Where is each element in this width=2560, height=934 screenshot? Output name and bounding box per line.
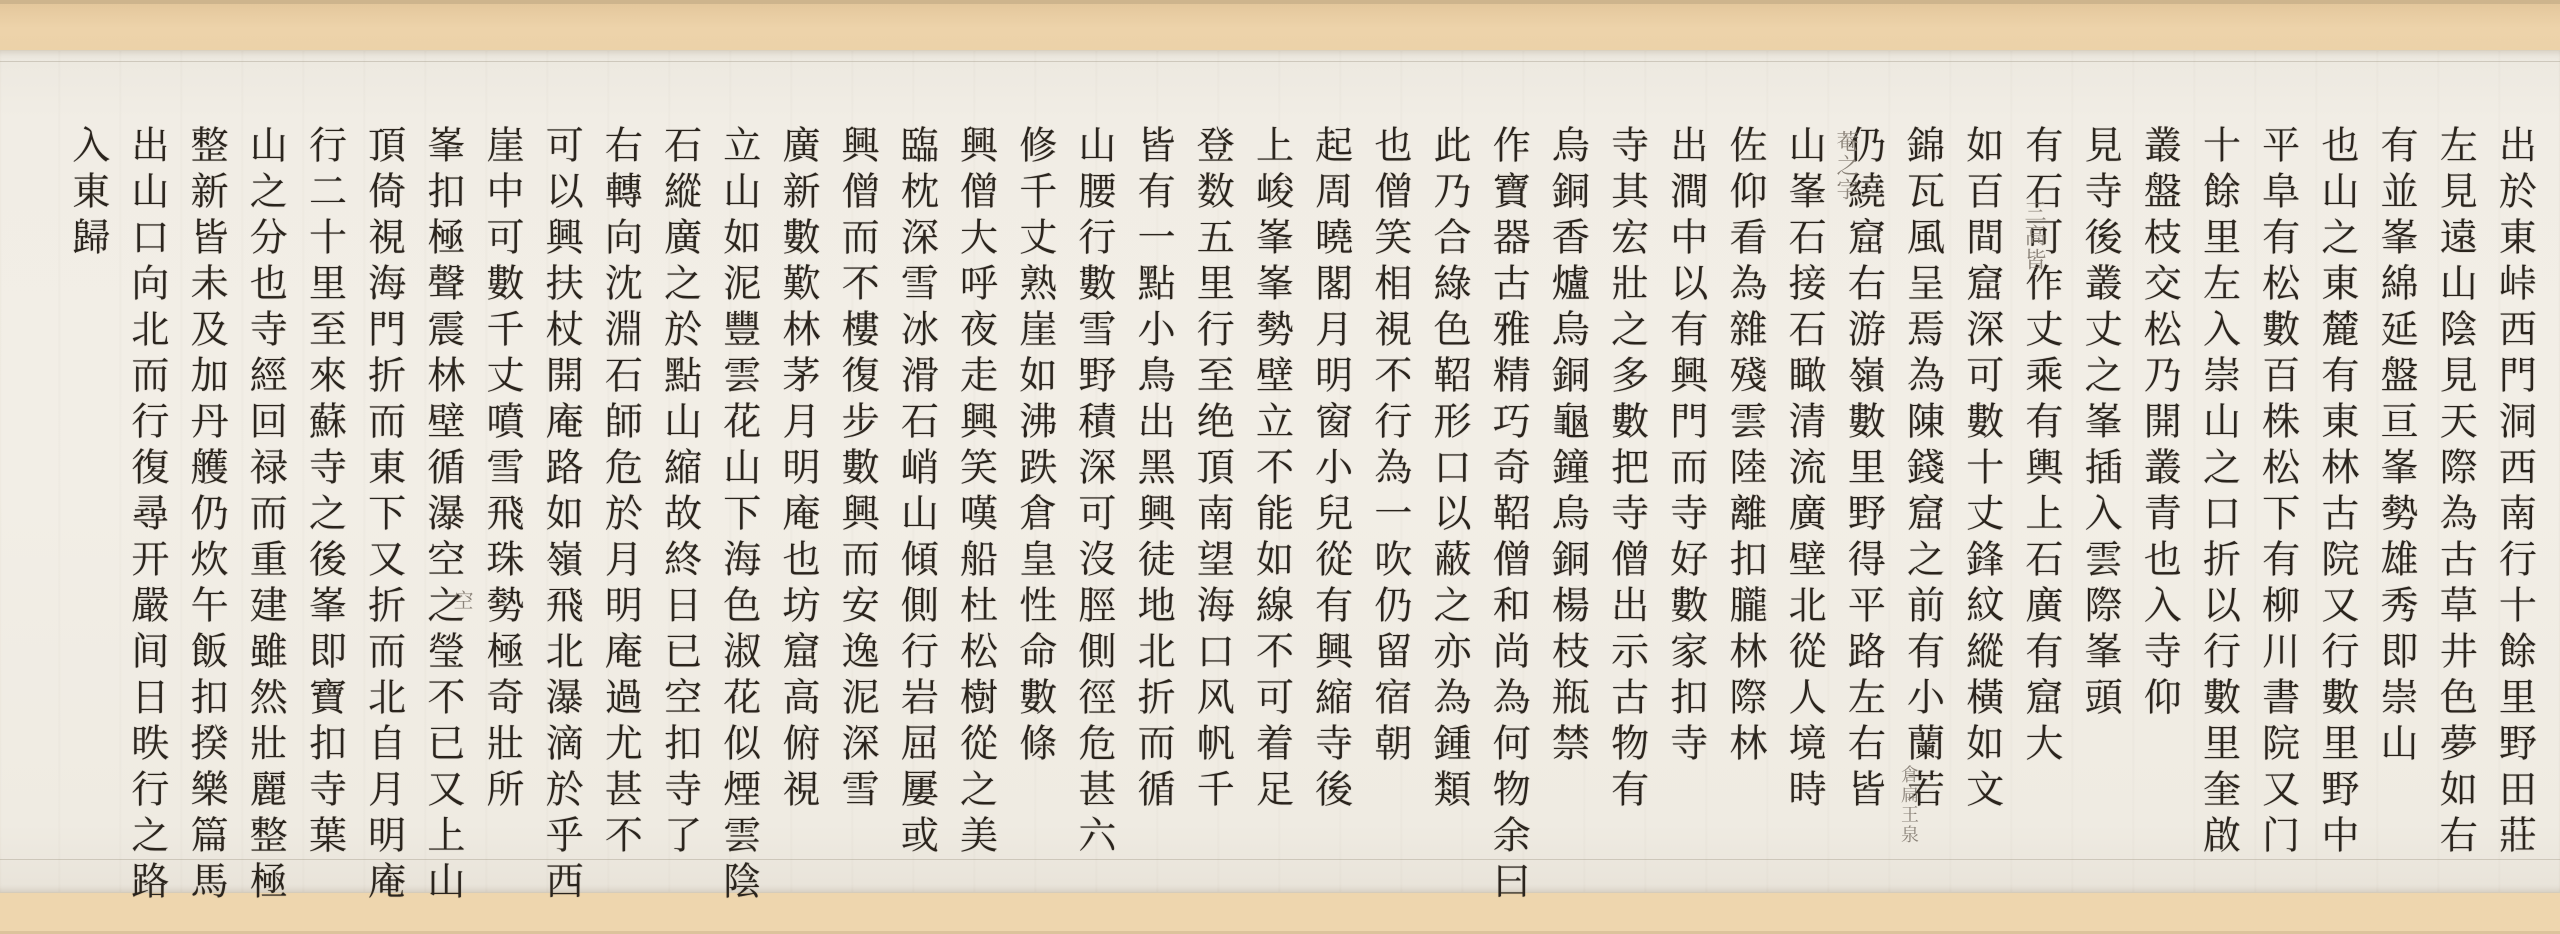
text-column: 見寺後叢丈之峯插入雲際峯頭: [2073, 125, 2127, 905]
text-column: 也山之東麓有東林古院又行數里野中: [2310, 125, 2364, 905]
text-column-final: 入東歸: [61, 125, 115, 275]
text-column: 興僧而不樓復步數興而安逸泥深雪: [830, 125, 884, 905]
text-column: 平阜有松數百株松下有柳川書院又门: [2251, 125, 2305, 905]
text-column: 出澗中以有興門而寺好數家扣寺: [1659, 125, 1713, 905]
paper-top-line: [0, 61, 2560, 62]
text-column: 佐仰看為雜殘雲陸離扣朧林際林: [1718, 125, 1772, 905]
text-column: 行二十里至來蘇寺之後峯即寶扣寺葉: [297, 125, 351, 905]
text-column: 叢盤枝交松乃開叢青也入寺仰: [2132, 125, 2186, 905]
text-column: 也僧笑相視不行為一吹仍留宿朝: [1363, 125, 1417, 905]
text-column: 此乃合綠色鞀形口以蔽之亦為鍾類: [1422, 125, 1476, 905]
text-column: 仍繞窟右游嶺數里野得平路左右皆: [1836, 125, 1890, 905]
text-column: 立山如泥豐雲花山下海色淑花似煙雲陰: [712, 125, 766, 905]
text-column: 皆有一點小鳥出黑興徒地北折而循: [1126, 125, 1180, 905]
text-column: 出於東峠西門洞西南行十餘里野田莊: [2487, 125, 2541, 905]
text-column: 山腰行數雪野積深可沒脛側徑危甚六: [1067, 125, 1121, 905]
mount-top-edge: [0, 0, 2560, 4]
text-column: 登数五里行至绝頂南望海口风帆千: [1185, 125, 1239, 905]
text-column: 崖中可數千丈噴雪飛珠勢極奇壯所: [475, 125, 529, 905]
text-column: 十餘里左入崇山之口折以行數里奎啟: [2191, 125, 2245, 905]
text-column: 興僧大呼夜走興笑嘆船杜松樹從之美: [949, 125, 1003, 905]
marginal-annotation: 三高皆: [2018, 200, 2049, 272]
text-column: 作寶器古雅精巧奇鞀僧和尚為何物余曰: [1481, 125, 1535, 905]
text-column: 左見遠山陰見天際為古草井色夢如右: [2428, 125, 2482, 905]
text-column: 頂倚視海門折而東下又折而北自月明庵: [357, 125, 411, 905]
scroll-mount: 出於東峠西門洞西南行十餘里野田莊 左見遠山陰見天際為古草井色夢如右 有並峯綿延盤…: [0, 0, 2560, 934]
text-column: 起周曉閣月明窗小兒從有興縮寺後: [1304, 125, 1358, 905]
marginal-annotation: 倉扁王泉: [1895, 765, 1921, 845]
text-column: 山峯石接石瞰清流廣壁北從人境時: [1777, 125, 1831, 905]
text-column: 廣新數歎林茅月明庵也坊窟高俯視: [771, 125, 825, 905]
text-column: 石縱廣之於點山縮故終日已空扣寺了: [653, 125, 707, 905]
text-column: 上峻峯峯勢壁立不能如線不可着足: [1244, 125, 1298, 905]
text-column: 整新皆未及加丹艧仍炊午飯扣揆樂篇馬: [179, 125, 233, 905]
marginal-annotation: 空: [448, 590, 477, 612]
text-column: 臨枕深雪冰滑石峭山傾側行岩屈屢或: [889, 125, 943, 905]
text-column: 峯扣極聲震林壁循瀑空之瑩不已又上山: [416, 125, 470, 905]
text-column: 如百間窟深可數十丈鋒紋縱橫如文: [1955, 125, 2009, 905]
text-column: 可以興扶杖開庵路如嶺飛北瀑滴於乎西: [534, 125, 588, 905]
calligraphy-text: 出於東峠西門洞西南行十餘里野田莊 左見遠山陰見天際為古草井色夢如右 有並峯綿延盤…: [0, 125, 2560, 905]
text-column: 山之分也寺經回禄而重建雖然壯麗整極: [238, 125, 292, 905]
text-column: 有並峯綿延盤亘峯勢雄秀即崇山: [2369, 125, 2423, 905]
text-column: 右轉向沈淵石師危於月明庵過尤甚不: [593, 125, 647, 905]
text-column: 寺其宏壯之多數把寺僧出示古物有: [1600, 125, 1654, 905]
marginal-annotation: 菴之字: [1830, 130, 1861, 202]
text-column: 出山口向北而行復尋开嚴间日昳行之路日後: [120, 125, 174, 905]
text-column: 烏銅香爐烏銅龜鐘烏銅楊枝瓶禁: [1540, 125, 1594, 905]
text-column: 修千丈熟崖如沸跌倉皇性命數條: [1008, 125, 1062, 905]
